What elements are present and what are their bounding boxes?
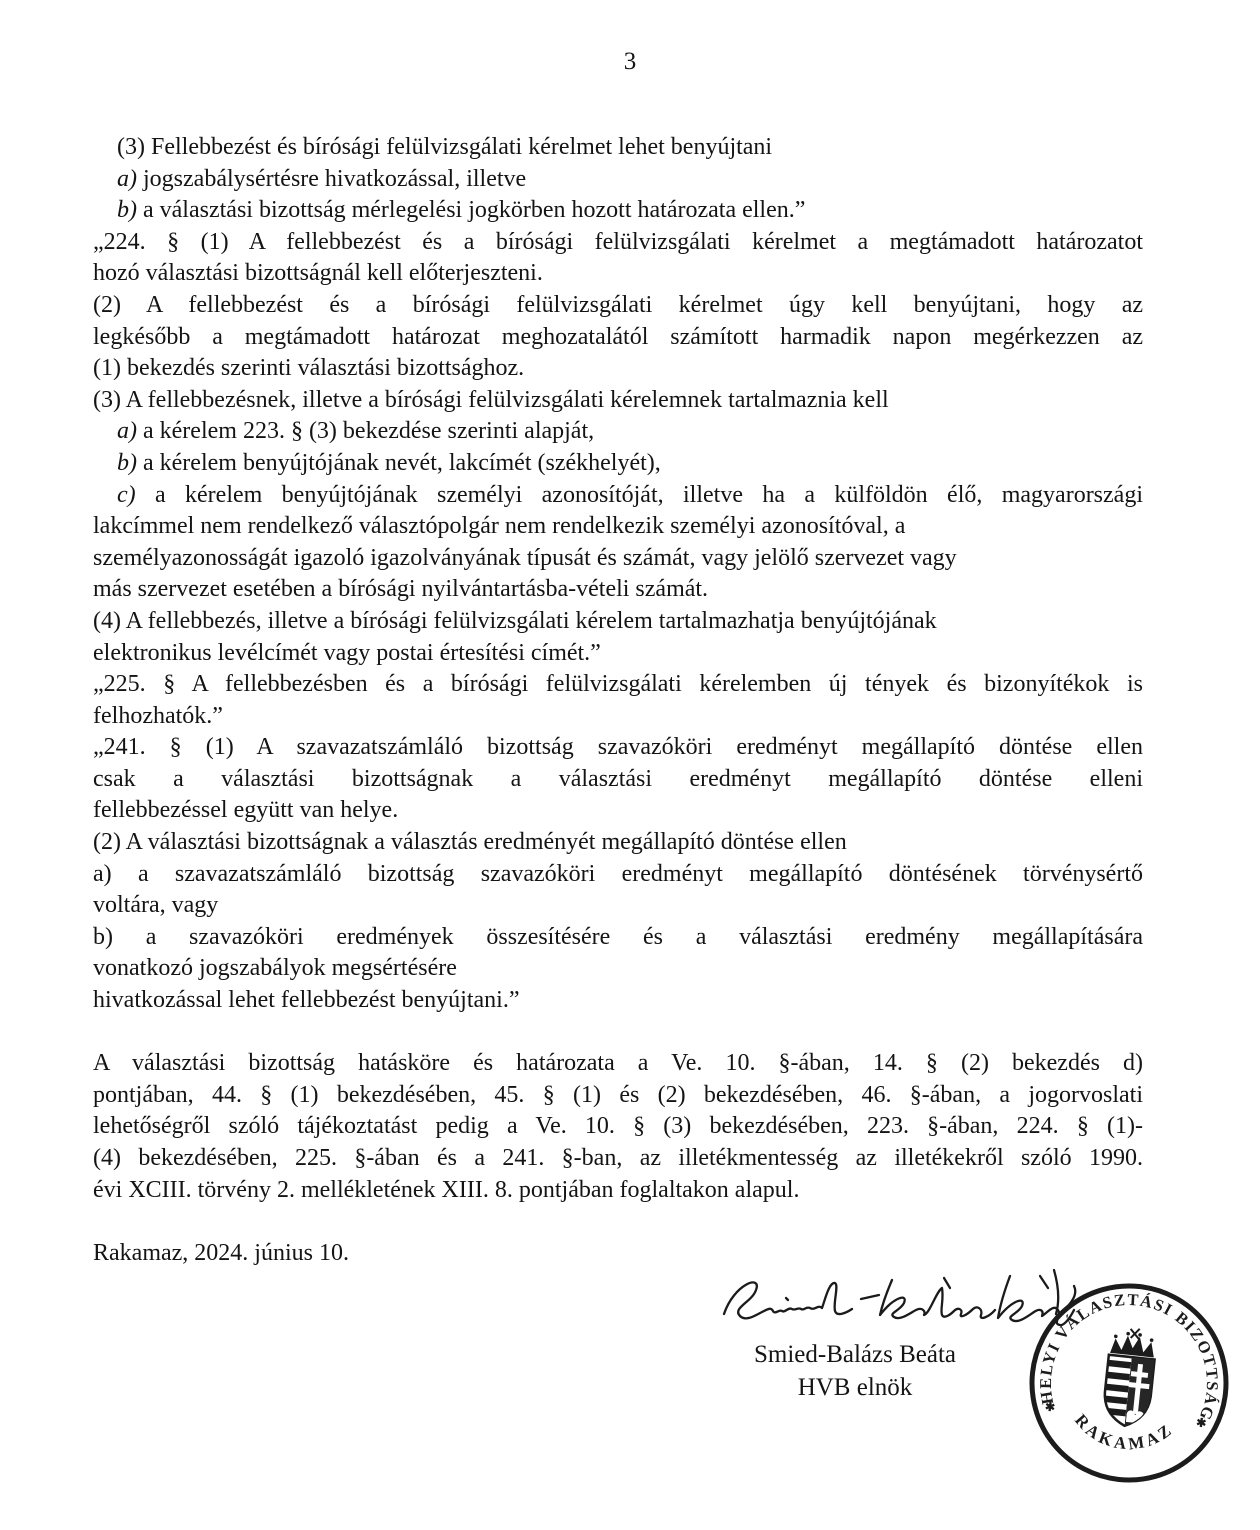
signature-stroke — [786, 1298, 788, 1300]
official-stamp: HELYI VÁLASZTÁSI BIZOTTSÁG RAKAMAZ ✱ ✱ — [1023, 1277, 1235, 1489]
text-line: (2) A választási bizottságnak a választá… — [93, 827, 1143, 859]
text-line: b) a szavazóköri eredmények összesítésér… — [93, 922, 1143, 954]
list-marker: b) — [117, 197, 137, 223]
signature-stroke — [861, 1295, 879, 1299]
signature-name: Smied-Balázs Beáta — [690, 1338, 1020, 1371]
text-line: személyazonosságát igazoló igazolványána… — [93, 543, 1143, 575]
text-line: csak a választási bizottságnak a választ… — [93, 764, 1143, 796]
stamp-star-right: ✱ — [1196, 1415, 1207, 1430]
text-line: A választási bizottság hatásköre és hatá… — [93, 1048, 1143, 1080]
page-number: 3 — [0, 46, 1260, 77]
text-line: b) a választási bizottság mérlegelési jo… — [93, 195, 1143, 227]
text-line: a kérelem 223. § (3) bekezdése szerinti … — [137, 418, 594, 444]
text-line: „224. § (1) A fellebbezést és a bírósági… — [93, 227, 1143, 259]
text-line: elektronikus levélcímét vagy postai érte… — [93, 638, 1143, 670]
list-marker: a) — [117, 418, 137, 444]
date-line: Rakamaz, 2024. június 10. — [93, 1238, 1143, 1270]
list-marker: b) — [117, 450, 137, 476]
text-line: más szervezet esetében a bírósági nyilvá… — [93, 574, 1143, 606]
text-line: a) jogszabálysértésre hivatkozással, ill… — [93, 164, 1143, 196]
text-line: (2) A fellebbezést és a bírósági felülvi… — [93, 290, 1143, 322]
text-line: (4) bekezdésében, 225. §-ában és a 241. … — [93, 1143, 1143, 1175]
text-line: a) a szavazatszámláló bizottság szavazók… — [93, 859, 1143, 891]
crown-pearl — [1126, 1332, 1130, 1336]
text-line: felhozhatók.” — [93, 701, 1143, 733]
signature-title: HVB elnök — [690, 1371, 1020, 1404]
crown-pearl — [1150, 1338, 1154, 1342]
text-line: lakcímmel nem rendelkező választópolgár … — [93, 511, 1143, 543]
crown-pearl — [1114, 1334, 1118, 1338]
text-line: „225. § A fellebbezésben és a bírósági f… — [93, 669, 1143, 701]
blank-line — [93, 1206, 1143, 1238]
text-line: évi XCIII. törvény 2. mellékletének XIII… — [93, 1175, 1143, 1207]
signature-handwriting — [698, 1268, 1078, 1348]
stamp-star-left: ✱ — [1044, 1399, 1055, 1414]
text-line: a) a kérelem 223. § (3) bekezdése szerin… — [93, 416, 1143, 448]
signature-block: Smied-Balázs Beáta HVB elnök — [690, 1338, 1020, 1404]
text-line: (1) bekezdés szerinti választási bizotts… — [93, 353, 1143, 385]
text-line: lehetőségről szóló tájékoztatást pedig a… — [93, 1111, 1143, 1143]
text-line: vonatkozó jogszabályok megsértésére — [93, 953, 1143, 985]
text-line: c) a kérelem benyújtójának személyi azon… — [93, 480, 1143, 512]
document-body: (3) Fellebbezést és bírósági felülvizsgá… — [93, 132, 1143, 1269]
blank-line — [93, 1017, 1143, 1049]
text-line: „241. § (1) A szavazatszámláló bizottság… — [93, 732, 1143, 764]
text-line: hivatkozással lehet fellebbezést benyújt… — [93, 985, 1143, 1017]
text-line: a választási bizottság mérlegelési jogkö… — [137, 197, 805, 223]
document-page: 3 (3) Fellebbezést és bírósági felülvizs… — [0, 0, 1260, 1530]
text-line: voltára, vagy — [93, 890, 1143, 922]
list-marker: a) — [117, 166, 137, 192]
text-line: b) a kérelem benyújtójának nevét, lakcím… — [93, 448, 1143, 480]
text-line: (3) Fellebbezést és bírósági felülvizsgá… — [93, 132, 1143, 164]
text-line: a kérelem benyújtójának személyi azonosí… — [136, 482, 1143, 508]
text-line: jogszabálysértésre hivatkozással, illetv… — [137, 166, 526, 192]
text-line: fellebbezéssel együtt van helye. — [93, 795, 1143, 827]
text-line: pontjában, 44. § (1) bekezdésében, 45. §… — [93, 1080, 1143, 1112]
text-line: (3) A fellebbezésnek, illetve a bírósági… — [93, 385, 1143, 417]
signature-stroke — [944, 1278, 950, 1288]
text-line: (4) A fellebbezés, illetve a bírósági fe… — [93, 606, 1143, 638]
text-line: hozó választási bizottságnál kell előter… — [93, 258, 1143, 290]
text-line: a kérelem benyújtójának nevét, lakcímét … — [137, 450, 661, 476]
list-marker: c) — [117, 482, 136, 508]
crown-pearl — [1138, 1333, 1142, 1337]
coat-of-arms — [1102, 1326, 1158, 1429]
text-line: legkésőbb a megtámadott határozat meghoz… — [93, 322, 1143, 354]
signature-stroke — [880, 1280, 995, 1318]
